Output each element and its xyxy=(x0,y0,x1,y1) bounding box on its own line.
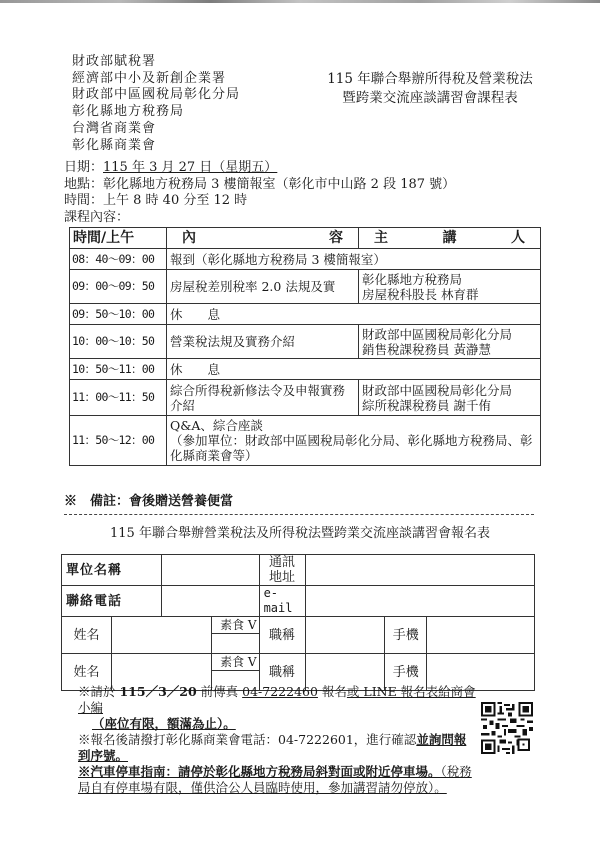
registration-title: 115 年聯合舉辦營業稅法及所得稅法暨跨業交流座談講習會報名表 xyxy=(60,522,540,541)
email-label: e-mail xyxy=(259,586,305,617)
note-text: 前傳真 xyxy=(197,684,242,699)
organizer: 財政部中區國稅局彰化分局 xyxy=(72,87,240,104)
vegetarian-label: 素食 V xyxy=(211,654,259,671)
row-content: 報到（彰化縣地方稅務局 3 樓簡報室） xyxy=(167,249,541,270)
parking-guide: ※汽車停車指南：請停於彰化縣地方稅務局斜對面或附近停車場。 xyxy=(78,764,441,779)
row-content: Q&A、綜合座談（參加單位：財政部中區國稅局彰化分局、彰化縣地方稅務局、彰化縣商… xyxy=(167,416,541,466)
row-time: 10：00～10：50 xyxy=(70,325,167,359)
qa-title: Q&A、綜合座談 xyxy=(170,418,537,433)
deadline: 115／3／20 xyxy=(119,684,196,699)
title-line-1: 115 年聯合舉辦所得稅及營業稅法 xyxy=(310,70,550,89)
row-speaker: 財政部中區國稅局彰化分局銷售稅課稅務員 黃瀞慧 xyxy=(359,325,541,359)
row-content: 房屋稅差別稅率 2.0 法規及實 xyxy=(167,270,359,304)
speaker-name: 綜所稅課稅務員 謝千侑 xyxy=(362,398,537,413)
table-row: 11：00～11：50 綜合所得稅新修法令及申報實務介紹 財政部中區國稅局彰化分… xyxy=(70,380,541,416)
remark-note: ※ 備註：會後贈送營養便當 xyxy=(64,490,233,509)
speaker-org: 財政部中區國稅局彰化分局 xyxy=(362,383,537,398)
qa-participants: （參加單位：財政部中區國稅局彰化分局、彰化縣地方稅務局、彰化縣商業會等） xyxy=(170,433,537,463)
header-content-1: 內 xyxy=(182,231,196,246)
form-row-attendee-2: 姓名 素食 V 職稱 手機 xyxy=(62,654,535,671)
row-time: 08：40～09：00 xyxy=(70,249,167,270)
date-label: 日期： xyxy=(64,160,103,175)
event-info: 日期：115 年 3 月 27 日（星期五） 地點：彰化縣地方稅務局 3 樓簡報… xyxy=(64,160,455,226)
place-row: 地點：彰化縣地方稅務局 3 樓簡報室（彰化市中山路 2 段 187 號） xyxy=(64,177,455,194)
header-speaker-1: 主 xyxy=(374,231,388,246)
organizer: 財政部賦稅署 xyxy=(72,54,240,71)
table-row: 10：00～10：50 營業稅法規及實務介紹 財政部中區國稅局彰化分局銷售稅課稅… xyxy=(70,325,541,359)
date-row: 日期：115 年 3 月 27 日（星期五） xyxy=(64,160,455,177)
schedule-header: 時間/上午 內容 主講人 xyxy=(70,228,541,249)
organizer: 彰化縣地方稅務局 xyxy=(72,104,240,121)
table-row: 09：00～09：50 房屋稅差別稅率 2.0 法規及實 彰化縣地方稅務局房屋稅… xyxy=(70,270,541,304)
note-confirm: ※報名後請撥打彰化縣商業會電話：04-7222601，進行確認並詢問報到序號。 xyxy=(78,732,478,764)
speaker-org: 彰化縣地方稅務局 xyxy=(362,272,537,287)
organizer: 台灣省商業會 xyxy=(72,121,240,138)
phone-field[interactable] xyxy=(161,586,259,617)
header-speaker-3: 人 xyxy=(511,231,525,246)
org-name-field[interactable] xyxy=(161,555,259,586)
scan-edge xyxy=(0,0,600,3)
address-field[interactable] xyxy=(305,555,534,586)
organizer: 經濟部中小及新創企業署 xyxy=(72,71,240,88)
time-value: 上午 8 時 40 分至 12 時 xyxy=(103,193,247,208)
address-label-2: 地址 xyxy=(264,570,301,585)
job-title-field[interactable] xyxy=(305,617,385,654)
header-content-2: 容 xyxy=(329,231,343,246)
note-parking: ※汽車停車指南：請停於彰化縣地方稅務局斜對面或附近停車場。（稅務局自有停車場有限… xyxy=(78,764,478,796)
registration-notes: ※請於 115／3／20 前傳真 04-7222460 報名或 LINE 報名表… xyxy=(78,684,478,796)
mobile-label: 手機 xyxy=(385,617,427,654)
row-time: 11：50～12：00 xyxy=(70,416,167,466)
time-label: 時間： xyxy=(64,193,103,208)
row-time: 11：00～11：50 xyxy=(70,380,167,416)
vegetarian-checkbox[interactable] xyxy=(211,634,259,654)
note-text: ※請於 xyxy=(78,684,119,699)
schedule-table: 時間/上午 內容 主講人 08：40～09：00 報到（彰化縣地方稅務局 3 樓… xyxy=(69,227,541,466)
organizer: 彰化縣商業會 xyxy=(72,138,240,155)
row-speaker: 財政部中區國稅局彰化分局綜所稅課稅務員 謝千侑 xyxy=(359,380,541,416)
job-title-label: 職稱 xyxy=(259,617,305,654)
row-content: 休 息 xyxy=(167,304,541,325)
row-content: 營業稅法規及實務介紹 xyxy=(167,325,359,359)
cut-line-divider xyxy=(64,514,534,515)
header-time: 時間/上午 xyxy=(70,228,167,249)
qr-code-icon[interactable] xyxy=(481,702,533,754)
speaker-name: 銷售稅課稅務員 黃瀞慧 xyxy=(362,342,537,357)
address-label: 通訊地址 xyxy=(259,555,305,586)
row-time: 10：50～11：00 xyxy=(70,359,167,380)
address-label-1: 通訊 xyxy=(264,555,301,570)
name-field[interactable] xyxy=(111,617,211,654)
place-value: 彰化縣地方稅務局 3 樓簡報室（彰化市中山路 2 段 187 號） xyxy=(103,177,455,192)
seats-limited: （座位有限，額滿為止）。 xyxy=(92,716,236,731)
row-content: 休 息 xyxy=(167,359,541,380)
organizer-list: 財政部賦稅署 經濟部中小及新創企業署 財政部中區國稅局彰化分局 彰化縣地方稅務局… xyxy=(72,54,240,154)
phone-label: 聯絡電話 xyxy=(62,586,162,617)
org-name-label: 單位名稱 xyxy=(62,555,162,586)
time-row: 時間：上午 8 時 40 分至 12 時 xyxy=(64,193,455,210)
email-field[interactable] xyxy=(305,586,534,617)
document-title: 115 年聯合舉辦所得稅及營業稅法 暨跨業交流座談講習會課程表 xyxy=(310,70,550,108)
date-value: 115 年 3 月 27 日（星期五） xyxy=(103,160,277,175)
header-content: 內容 xyxy=(167,228,359,249)
vegetarian-label: 素食 V xyxy=(211,617,259,634)
note-fax: ※請於 115／3／20 前傳真 04-7222460 報名或 LINE 報名表… xyxy=(78,684,478,716)
place-label: 地點： xyxy=(64,177,103,192)
form-row-attendee-1: 姓名 素食 V 職稱 手機 xyxy=(62,617,535,634)
table-row: 08：40～09：00 報到（彰化縣地方稅務局 3 樓簡報室） xyxy=(70,249,541,270)
title-line-2: 暨跨業交流座談講習會課程表 xyxy=(310,89,550,108)
content-label: 課程內容： xyxy=(64,210,455,227)
note-seats: （座位有限，額滿為止）。 xyxy=(78,716,478,732)
table-row: 11：50～12：00 Q&A、綜合座談（參加單位：財政部中區國稅局彰化分局、彰… xyxy=(70,416,541,466)
fax-number: 04-7222460 xyxy=(242,684,318,699)
registration-form: 單位名稱 通訊地址 聯絡電話 e-mail 姓名 素食 V 職稱 手機 姓名 素… xyxy=(61,554,535,691)
row-content: 綜合所得稅新修法令及申報實務介紹 xyxy=(167,380,359,416)
note-text: 報名 xyxy=(318,684,347,699)
name-label: 姓名 xyxy=(62,617,112,654)
header-speaker-2: 講 xyxy=(443,231,457,246)
row-time: 09：00～09：50 xyxy=(70,270,167,304)
mobile-field[interactable] xyxy=(427,617,535,654)
row-speaker: 彰化縣地方稅務局房屋稅科股長 林育群 xyxy=(359,270,541,304)
row-time: 09：50～10：00 xyxy=(70,304,167,325)
form-row-contact: 聯絡電話 e-mail xyxy=(62,586,535,617)
form-row-org: 單位名稱 通訊地址 xyxy=(62,555,535,586)
table-row: 10：50～11：00 休 息 xyxy=(70,359,541,380)
speaker-org: 財政部中區國稅局彰化分局 xyxy=(362,327,537,342)
table-row: 09：50～10：00 休 息 xyxy=(70,304,541,325)
speaker-name: 房屋稅科股長 林育群 xyxy=(362,287,537,302)
header-speaker: 主講人 xyxy=(359,228,541,249)
note-text: ※報名後請撥打彰化縣商業會電話：04-7222601，進行確認 xyxy=(78,732,416,747)
